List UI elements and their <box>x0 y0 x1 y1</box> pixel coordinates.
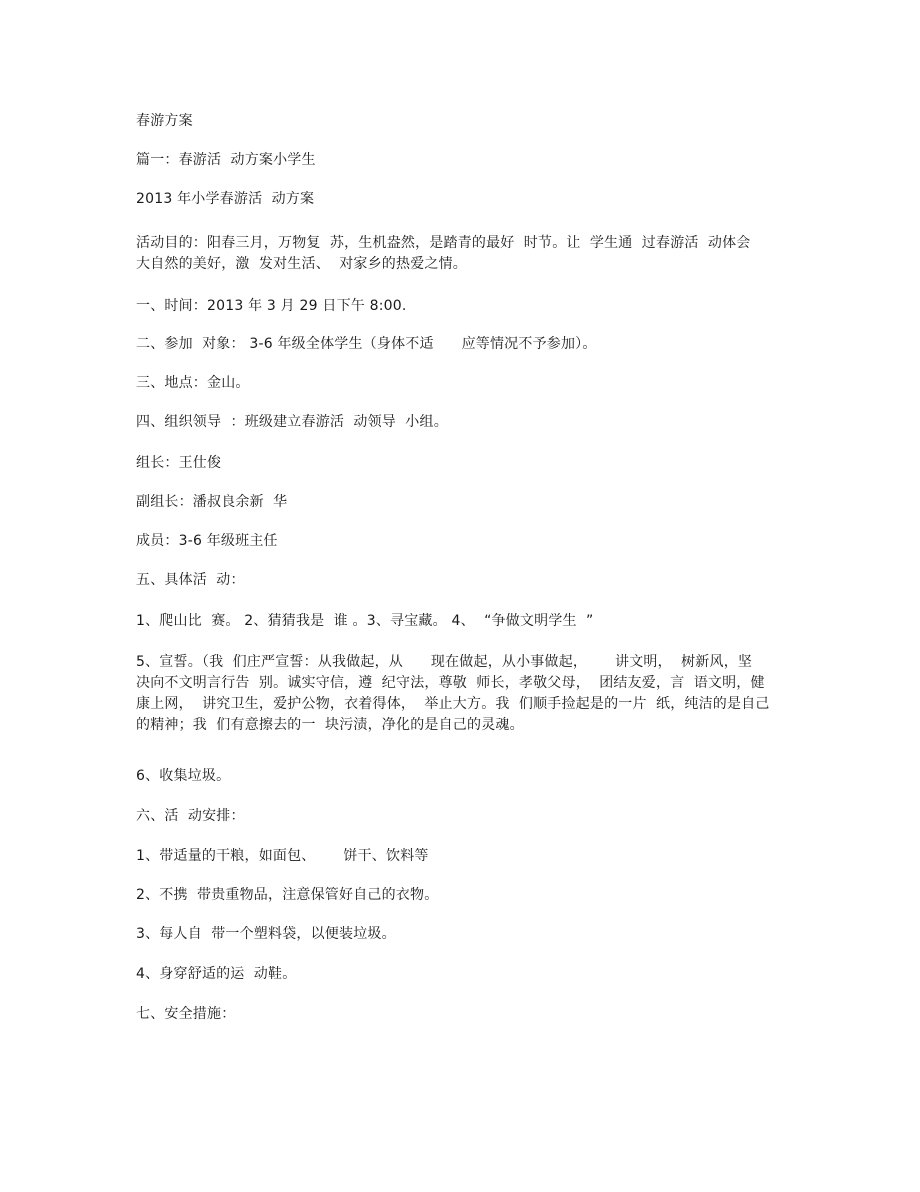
section-location: 三、地点：金山。 <box>136 373 250 394</box>
arrangement-1: 1、带适量的干粮，如面包、 饼干、饮料等 <box>136 846 429 867</box>
activities-list: 1、爬山比 赛。 2、猜猜我是 谁 。3、寻宝藏。 4、 “争做文明学生 ” <box>136 611 594 632</box>
section-participants: 二、参加 对象： 3-6 年级全体学生（身体不适 应等情况不予参加）。 <box>136 334 597 355</box>
members-line: 成员：3-6 年级班主任 <box>136 531 278 552</box>
oath-paragraph: 5、宣誓。（我 们庄严宣誓：从我做起，从 现在做起，从小事做起， 讲文明， 树新… <box>136 652 816 736</box>
arrangement-4: 4、身穿舒适的运 动鞋。 <box>136 964 296 985</box>
section-safety: 七、安全措施： <box>136 1004 235 1025</box>
vice-leader-line: 副组长：潘叔良余新 华 <box>136 492 287 513</box>
section-arrangement: 六、活 动安排： <box>136 806 245 827</box>
document-heading: 2013 年小学春游活 动方案 <box>136 189 314 210</box>
arrangement-2: 2、不携 带贵重物品，注意保管好自己的衣物。 <box>136 885 438 906</box>
arrangement-3: 3、每人自 带一个塑料袋，以便装垃圾。 <box>136 924 396 945</box>
purpose-paragraph: 活动目的：阳春三月，万物复 苏，生机盎然，是踏青的最好 时节。让 学生通 过春游… <box>136 233 816 275</box>
document-subtitle: 篇一：春游活 动方案小学生 <box>136 150 316 171</box>
section-time: 一、时间：2013 年 3 月 29 日下午 8:00. <box>136 296 407 317</box>
activity-6: 6、收集垃圾。 <box>136 766 230 787</box>
document-title: 春游方案 <box>136 111 193 132</box>
section-activities: 五、具体活 动： <box>136 570 245 591</box>
document-page: 春游方案 篇一：春游活 动方案小学生 2013 年小学春游活 动方案 活动目的：… <box>0 0 920 1192</box>
section-organization: 四、组织领导 ：班级建立春游活 动领导 小组。 <box>136 412 448 433</box>
leader-line: 组长：王仕俊 <box>136 453 221 474</box>
